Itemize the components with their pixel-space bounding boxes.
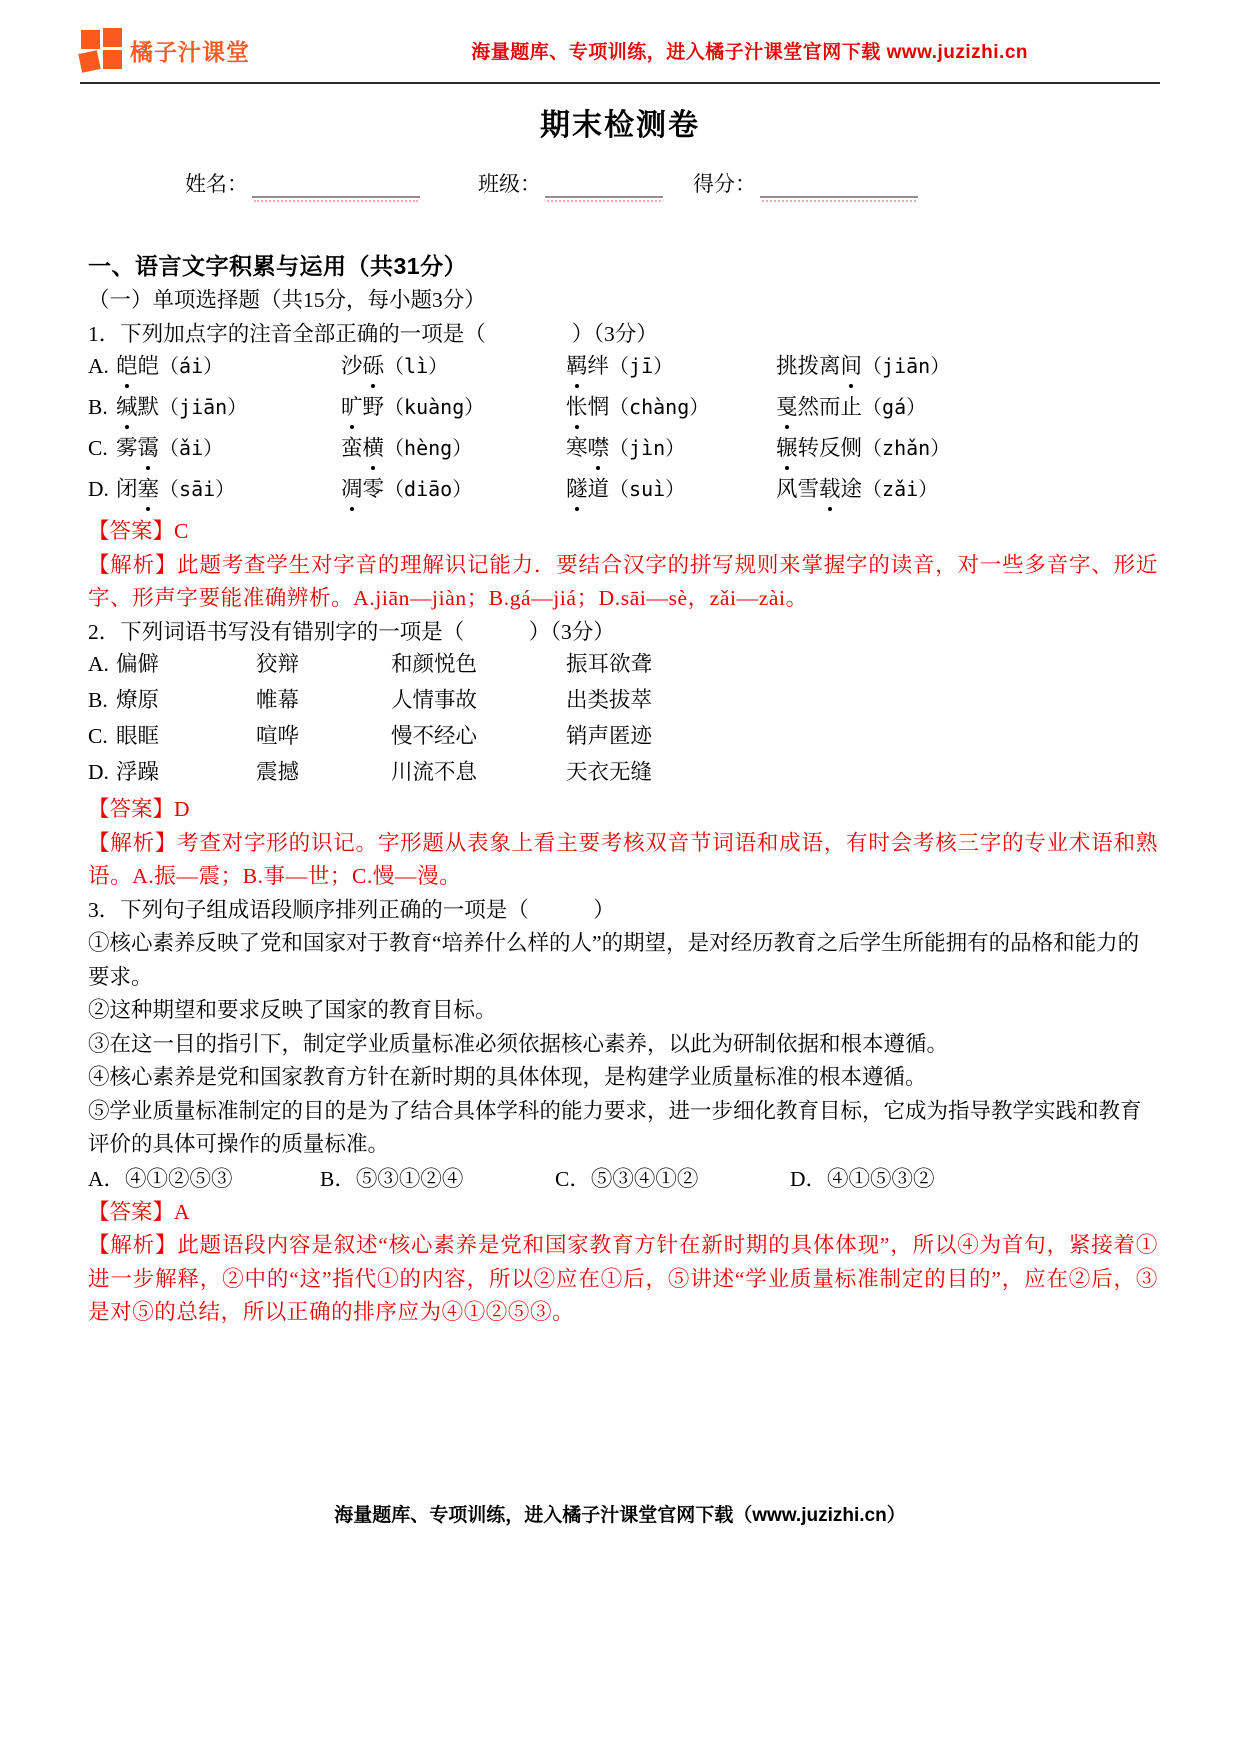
q2-option-c: C. 眼眶 喧哗 慢不经心 销声匿迹 <box>88 721 1158 757</box>
q3-sentence-1: ①核心素养反映了党和国家对于教育“培养什么样的人”的期望，是对经历教育之后学生所… <box>88 927 1158 994</box>
pinyin: （jiān） <box>862 354 950 378</box>
brand-name: 橘子汁课堂 <box>130 34 250 67</box>
option-label: D. <box>88 757 116 787</box>
word-with-pinyin: 风雪载途（zǎi） <box>776 474 938 504</box>
word: 慢不经心 <box>391 721 566 751</box>
header-promo-text: 海量题库、专项训练，进入橘子汁课堂官网下载 www.juzizhi.cn <box>471 37 1028 64</box>
pinyin: （kuàng） <box>384 395 484 419</box>
option-label: A. <box>88 351 116 381</box>
word-pre: 寒 <box>566 436 588 460</box>
word-post: 默 <box>138 395 160 419</box>
word-with-pinyin: 闭塞（sāi） <box>116 474 341 504</box>
q1-option-d: D. 闭塞（sāi） 凋零（diāo） 隧道（suì） 风雪载途（zǎi） <box>88 474 1158 515</box>
page-footer: 海量题库、专项训练，进入橘子汁课堂官网下载（www.juzizhi.cn） <box>0 1500 1240 1527</box>
pinyin: （gá） <box>862 395 926 419</box>
word: 川流不息 <box>391 757 566 787</box>
dotted-char: 霭 <box>138 433 160 463</box>
word-post: 野 <box>363 395 385 419</box>
choice-b: B．⑤③①②④ <box>320 1162 555 1196</box>
dotted-char: 戛 <box>776 392 798 422</box>
word: 和颜悦色 <box>391 649 566 679</box>
word-with-pinyin: 凋零（diāo） <box>341 474 566 504</box>
option-label: B. <box>88 685 116 715</box>
dotted-char: 凋 <box>341 474 363 504</box>
q3-sentence-4: ④核心素养是党和国家教育方针在新时期的具体体现，是构建学业质量标准的根本遵循。 <box>88 1061 1158 1095</box>
dotted-char: 辗 <box>776 433 798 463</box>
word-post: 转反侧 <box>798 436 863 460</box>
section-subheading: （一）单项选择题（共15分，每小题3分） <box>88 284 1158 318</box>
word-with-pinyin: 怅惘（chàng） <box>566 392 776 422</box>
dotted-char: 皑 <box>116 351 138 381</box>
student-info-row: 姓名： 班级： 得分： <box>0 168 1240 198</box>
class-blank-line <box>545 174 663 198</box>
pinyin: （lì） <box>384 354 448 378</box>
dotted-char: 横 <box>363 433 385 463</box>
word-with-pinyin: 辗转反侧（zhǎn） <box>776 433 950 463</box>
q2-option-d: D. 浮躁 震撼 川流不息 天衣无缝 <box>88 757 1158 793</box>
word-with-pinyin: 缄默（jiān） <box>116 392 341 422</box>
pinyin: （zhǎn） <box>862 436 950 460</box>
q1-option-b: B. 缄默（jiān） 旷野（kuàng） 怅惘（chàng） 戛然而止（gá） <box>88 392 1158 433</box>
orange-squares-logo-icon <box>80 28 124 72</box>
word-post: 途 <box>841 477 863 501</box>
dotted-char: 塞 <box>138 474 160 504</box>
option-label: D. <box>88 474 116 504</box>
pinyin: （ǎi） <box>159 436 223 460</box>
word: 人情事故 <box>391 685 566 715</box>
pinyin: （jī） <box>609 354 673 378</box>
dotted-char: 隧 <box>566 474 588 504</box>
option-label: C. <box>88 721 116 751</box>
word: 震撼 <box>256 757 391 787</box>
q1-answer: 【答案】C <box>88 515 1158 549</box>
pinyin: （zǎi） <box>862 477 938 501</box>
q3-sentence-3: ③在这一目的指引下，制定学业质量标准必须依据核心素养，以此为研制依据和根本遵循。 <box>88 1028 1158 1062</box>
dotted-char: 缄 <box>116 392 138 422</box>
word-pre: 沙 <box>341 354 363 378</box>
word-with-pinyin: 蛮横（hèng） <box>341 433 566 463</box>
q1-option-c: C. 雾霭（ǎi） 蛮横（hèng） 寒噤（jìn） 辗转反侧（zhǎn） <box>88 433 1158 474</box>
dotted-char: 噤 <box>588 433 610 463</box>
q2-analysis: 【解析】考查对字形的识记。字形题从表象上看主要考核双音节词语和成语，有时会考核三… <box>88 827 1158 894</box>
q3-analysis: 【解析】此题语段内容是叙述“核心素养是党和国家教育方针在新时期的具体体现”，所以… <box>88 1229 1158 1330</box>
word: 销声匿迹 <box>566 721 652 751</box>
word-with-pinyin: 旷野（kuàng） <box>341 392 566 422</box>
dotted-char: 怅 <box>566 392 588 422</box>
word-pre: 蛮 <box>341 436 363 460</box>
word-with-pinyin: 戛然而止（gá） <box>776 392 926 422</box>
q3-sentence-5: ⑤学业质量标准制定的目的是为了结合具体学科的能力要求，进一步细化教育目标，它成为… <box>88 1095 1158 1162</box>
word-with-pinyin: 羁绊（jī） <box>566 351 776 381</box>
word: 偏僻 <box>116 649 256 679</box>
word-pre: 雾 <box>116 436 138 460</box>
q3-stem: 3．下列句子组成语段顺序排列正确的一项是（ ） <box>88 894 1158 928</box>
exam-title: 期末检测卷 <box>0 100 1240 144</box>
word: 浮躁 <box>116 757 256 787</box>
q2-option-a: A. 偏僻 狡辩 和颜悦色 振耳欲聋 <box>88 649 1158 685</box>
name-blank-line <box>252 174 420 198</box>
dotted-char: 旷 <box>341 392 363 422</box>
page-header: 橘子汁课堂 海量题库、专项训练，进入橘子汁课堂官网下载 www.juzizhi.… <box>80 0 1160 84</box>
pinyin: （ái） <box>159 354 223 378</box>
pinyin: （jìn） <box>609 436 685 460</box>
word: 帷幕 <box>256 685 391 715</box>
word-pre: 闭 <box>116 477 138 501</box>
word-pre: 风雪 <box>776 477 819 501</box>
q1-analysis: 【解析】此题考查学生对字音的理解识记能力．要结合汉字的拼写规则来掌握字的读音，对… <box>88 549 1158 616</box>
pinyin: （sāi） <box>159 477 235 501</box>
word: 狡辩 <box>256 649 391 679</box>
q3-answer: 【答案】A <box>88 1196 1158 1230</box>
word-post: 皑 <box>138 354 160 378</box>
word-with-pinyin: 沙砾（lì） <box>341 351 566 381</box>
word-post: 然而止 <box>798 395 863 419</box>
word-with-pinyin: 挑拨离间（jiān） <box>776 351 950 381</box>
exam-document-page: 橘子汁课堂 海量题库、专项训练，进入橘子汁课堂官网下载 www.juzizhi.… <box>0 0 1240 1754</box>
pinyin: （chàng） <box>609 395 709 419</box>
word: 眼眶 <box>116 721 256 751</box>
dotted-char: 间 <box>841 351 863 381</box>
option-label: C. <box>88 433 116 463</box>
exam-body: 一、语言文字积累与运用（共31分） （一）单项选择题（共15分，每小题3分） 1… <box>0 248 1240 1330</box>
score-blank-line <box>760 174 918 198</box>
pinyin: （diāo） <box>384 477 472 501</box>
word-post: 绊 <box>588 354 610 378</box>
pinyin: （hèng） <box>384 436 472 460</box>
dotted-char: 砾 <box>363 351 385 381</box>
pinyin: （jiān） <box>159 395 247 419</box>
word-with-pinyin: 隧道（suì） <box>566 474 776 504</box>
word-post: 惘 <box>588 395 610 419</box>
word-with-pinyin: 寒噤（jìn） <box>566 433 776 463</box>
section-heading: 一、语言文字积累与运用（共31分） <box>88 248 1158 284</box>
brand: 橘子汁课堂 <box>80 28 250 72</box>
q1-stem: 1．下列加点字的注音全部正确的一项是（ ）（3分） <box>88 318 1158 352</box>
word-post: 零 <box>363 477 385 501</box>
q2-stem: 2．下列词语书写没有错别字的一项是（ ）（3分） <box>88 616 1158 650</box>
word: 燎原 <box>116 685 256 715</box>
word-with-pinyin: 皑皑（ái） <box>116 351 341 381</box>
word: 振耳欲聋 <box>566 649 652 679</box>
word-post: 道 <box>588 477 610 501</box>
word-with-pinyin: 雾霭（ǎi） <box>116 433 341 463</box>
option-label: B. <box>88 392 116 422</box>
q3-sentence-2: ②这种期望和要求反映了国家的教育目标。 <box>88 994 1158 1028</box>
class-label: 班级： <box>478 168 541 198</box>
q2-answer: 【答案】D <box>88 793 1158 827</box>
word-pre: 挑拨离 <box>776 354 841 378</box>
q2-option-b: B. 燎原 帷幕 人情事故 出类拔萃 <box>88 685 1158 721</box>
q1-option-a: A. 皑皑（ái） 沙砾（lì） 羁绊（jī） 挑拨离间（jiān） <box>88 351 1158 392</box>
choice-d: D．④①⑤③② <box>790 1162 935 1196</box>
word: 出类拔萃 <box>566 685 652 715</box>
choice-c: C．⑤③④①② <box>555 1162 790 1196</box>
dotted-char: 载 <box>819 474 841 504</box>
word: 天衣无缝 <box>566 757 652 787</box>
name-label: 姓名： <box>185 168 248 198</box>
word: 喧哗 <box>256 721 391 751</box>
q3-choices-row: A．④①②⑤③ B．⑤③①②④ C．⑤③④①② D．④①⑤③② <box>88 1162 1158 1196</box>
score-label: 得分： <box>693 168 756 198</box>
choice-a: A．④①②⑤③ <box>88 1162 320 1196</box>
dotted-char: 羁 <box>566 351 588 381</box>
option-label: A. <box>88 649 116 679</box>
pinyin: （suì） <box>609 477 685 501</box>
